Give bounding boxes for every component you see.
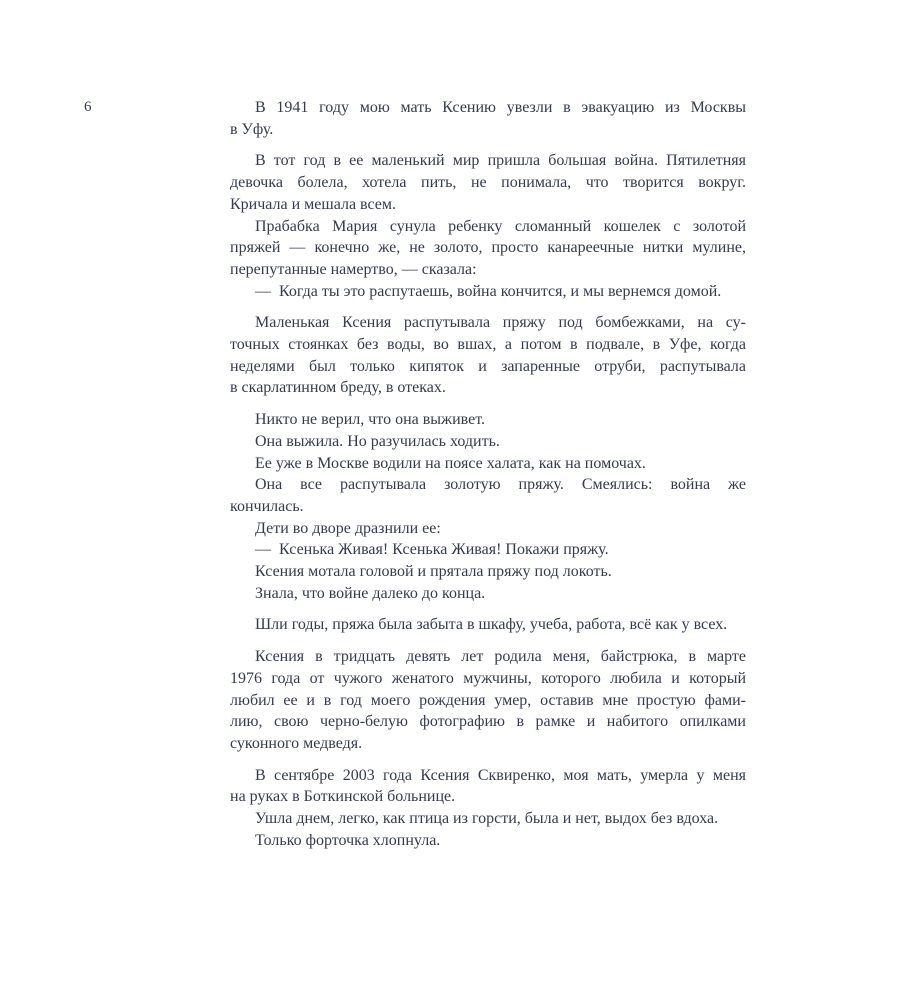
paragraph: Шли годы, пряжа была забыта в шкафу, уче… (230, 614, 746, 636)
paragraph: Она все распутывала золотую пряжу. Смеял… (230, 474, 746, 517)
text-line: кончилась. (230, 496, 746, 518)
paragraph: — Когда ты это распутаешь, война кончитс… (230, 281, 746, 303)
paragraph: Прабабка Мария сунула ребенку сломанный … (230, 216, 746, 281)
paragraph: Знала, что войне далеко до конца. (230, 583, 746, 605)
text-line: девочка болела, хотела пить, не понимала… (230, 172, 746, 194)
paragraph: — Ксенька Живая! Ксенька Живая! Покажи п… (230, 539, 746, 561)
book-page: 6 В 1941 году мою мать Ксению увезли в э… (0, 0, 912, 1000)
text-line: пряжей — конечно же, не золото, просто к… (230, 237, 746, 259)
text-line: Маленькая Ксения распутывала пряжу под б… (230, 312, 746, 334)
text-line: В тот год в ее маленький мир пришла боль… (230, 150, 746, 172)
paragraph: Только форточка хлопнула. (230, 830, 746, 852)
paragraph: Ксения в тридцать девять лет родила меня… (230, 646, 746, 755)
text-line: В 1941 году мою мать Ксению увезли в эва… (230, 97, 746, 119)
text-line: — Когда ты это распутаешь, война кончитс… (230, 281, 746, 303)
paragraph: Маленькая Ксения распутывала пряжу под б… (230, 312, 746, 399)
text-line: 1976 года от чужого женатого мужчины, ко… (230, 668, 746, 690)
text-line: лию, свою черно-белую фотографию в рамке… (230, 711, 746, 733)
text-line: Ксения в тридцать девять лет родила меня… (230, 646, 746, 668)
page-number: 6 (84, 97, 92, 119)
paragraph: Никто не верил, что она выживет. (230, 409, 746, 431)
text-line: Кричала и мешала всем. (230, 194, 746, 216)
text-line: Она выжила. Но разучилась ходить. (230, 431, 746, 453)
paragraph: Ушла днем, легко, как птица из горсти, б… (230, 808, 746, 830)
paragraph: Ксения мотала головой и прятала пряжу по… (230, 561, 746, 583)
paragraph: Ее уже в Москве водили на поясе халата, … (230, 453, 746, 475)
text-line: неделями был только кипяток и запаренные… (230, 356, 746, 378)
text-line: — Ксенька Живая! Ксенька Живая! Покажи п… (230, 539, 746, 561)
text-line: Шли годы, пряжа была забыта в шкафу, уче… (230, 614, 746, 636)
text-line: Прабабка Мария сунула ребенку сломанный … (230, 216, 746, 238)
text-line: Ее уже в Москве водили на поясе халата, … (230, 453, 746, 475)
text-line: в скарлатинном бреду, в отеках. (230, 377, 746, 399)
paragraph: Дети во дворе дразнили ее: (230, 518, 746, 540)
text-line: Ушла днем, легко, как птица из горсти, б… (230, 808, 746, 830)
text-line: Никто не верил, что она выживет. (230, 409, 746, 431)
text-line: Она все распутывала золотую пряжу. Смеял… (230, 474, 746, 496)
text-line: суконного медведя. (230, 733, 746, 755)
text-line: на руках в Боткинской больнице. (230, 786, 746, 808)
text-line: Ксения мотала головой и прятала пряжу по… (230, 561, 746, 583)
text-line: Знала, что войне далеко до конца. (230, 583, 746, 605)
page-text: В 1941 году мою мать Ксению увезли в эва… (230, 97, 746, 852)
paragraph: В тот год в ее маленький мир пришла боль… (230, 150, 746, 215)
text-line: любил ее и в год моего рождения умер, ос… (230, 690, 746, 712)
text-line: Только форточка хлопнула. (230, 830, 746, 852)
text-line: перепутанные намертво, — сказала: (230, 259, 746, 281)
text-line: в Уфу. (230, 119, 746, 141)
paragraph: Она выжила. Но разучилась ходить. (230, 431, 746, 453)
text-line: точных стоянках без воды, во вшах, а пот… (230, 334, 746, 356)
text-line: В сентябре 2003 года Ксения Сквиренко, м… (230, 765, 746, 787)
paragraph: В сентябре 2003 года Ксения Сквиренко, м… (230, 765, 746, 808)
paragraph: В 1941 году мою мать Ксению увезли в эва… (230, 97, 746, 140)
text-line: Дети во дворе дразнили ее: (230, 518, 746, 540)
